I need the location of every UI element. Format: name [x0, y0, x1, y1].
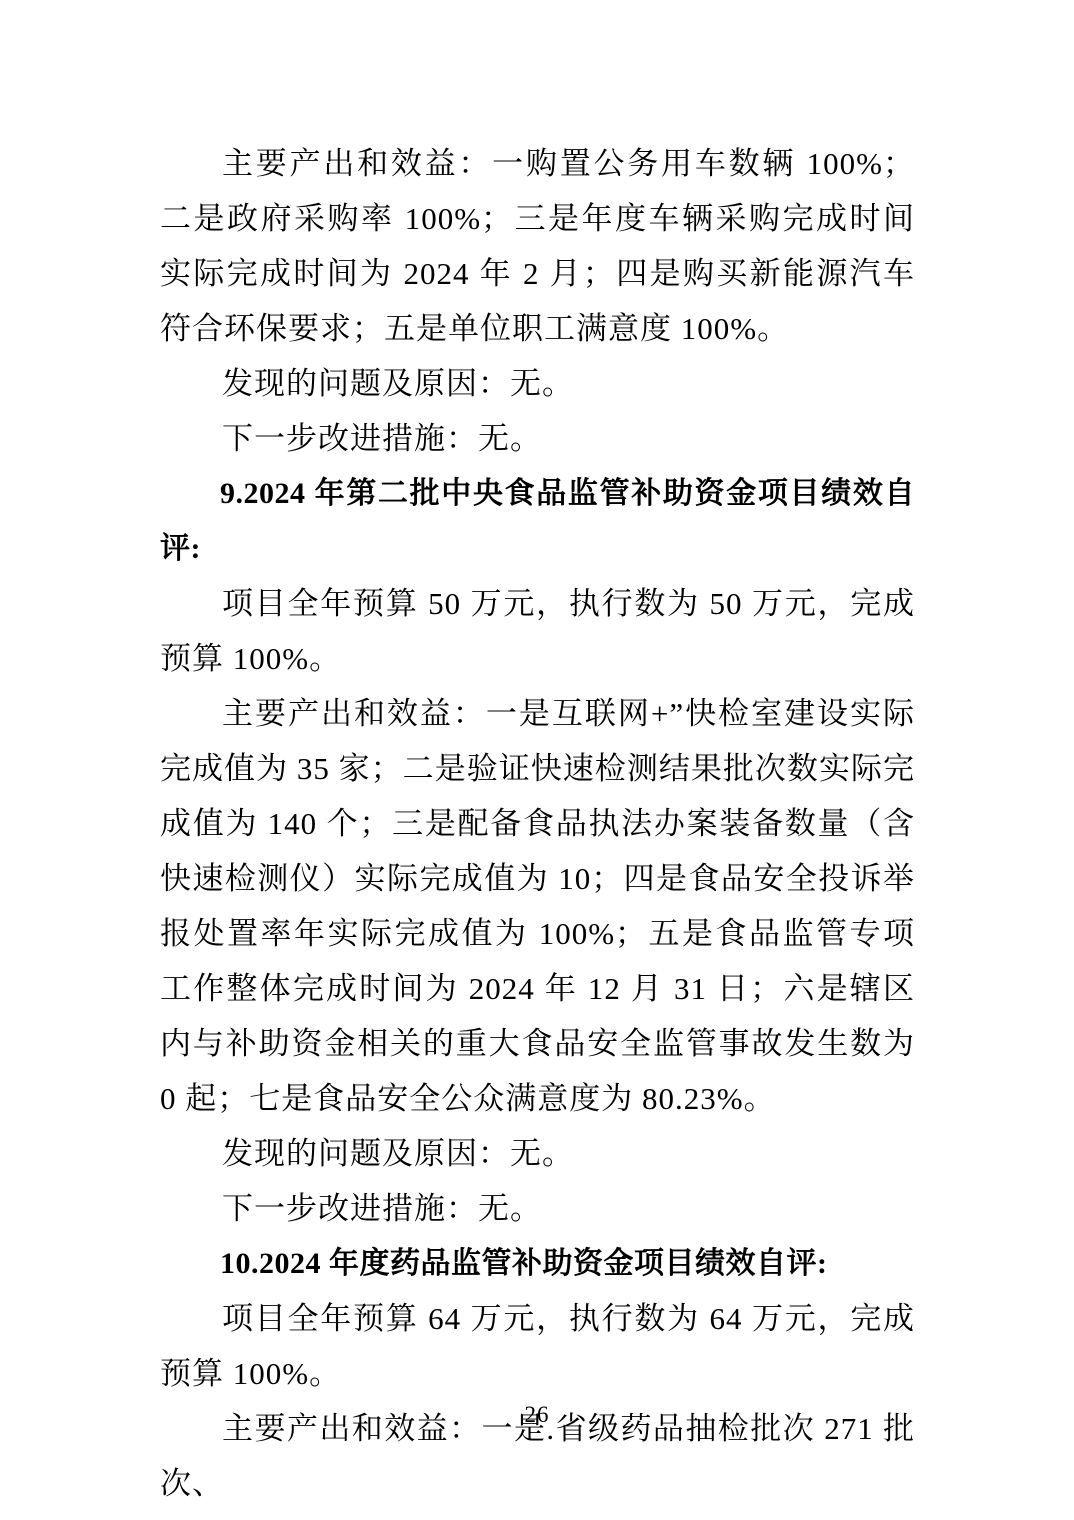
paragraph-budget-10: 项目全年预算 64 万元，执行数为 64 万元，完成预算 100%。	[160, 1291, 915, 1401]
paragraph-problems-found-8: 发现的问题及原因：无。	[160, 356, 915, 411]
section-heading-10: 10.2024 年度药品监管补助资金项目绩效自评:	[160, 1236, 915, 1291]
section-heading-9: 9.2024 年第二批中央食品监管补助资金项目绩效自评:	[160, 466, 915, 576]
paragraph-outputs-benefits-8: 主要产出和效益：一购置公务用车数辆 100%；二是政府采购率 100%；三是年度…	[160, 136, 915, 356]
paragraph-budget-9: 项目全年预算 50 万元，执行数为 50 万元，完成预算 100%。	[160, 576, 915, 686]
document-body: 主要产出和效益：一购置公务用车数辆 100%；二是政府采购率 100%；三是年度…	[160, 136, 915, 1511]
paragraph-problems-found-9: 发现的问题及原因：无。	[160, 1126, 915, 1181]
paragraph-outputs-benefits-9: 主要产出和效益：一是互联网+”快检室建设实际完成值为 35 家；二是验证快速检测…	[160, 686, 915, 1126]
document-page: 主要产出和效益：一购置公务用车数辆 100%；二是政府采购率 100%；三是年度…	[0, 0, 1074, 1520]
paragraph-next-steps-8: 下一步改进措施：无。	[160, 411, 915, 466]
page-number: 26	[0, 1400, 1074, 1430]
paragraph-next-steps-9: 下一步改进措施：无。	[160, 1181, 915, 1236]
